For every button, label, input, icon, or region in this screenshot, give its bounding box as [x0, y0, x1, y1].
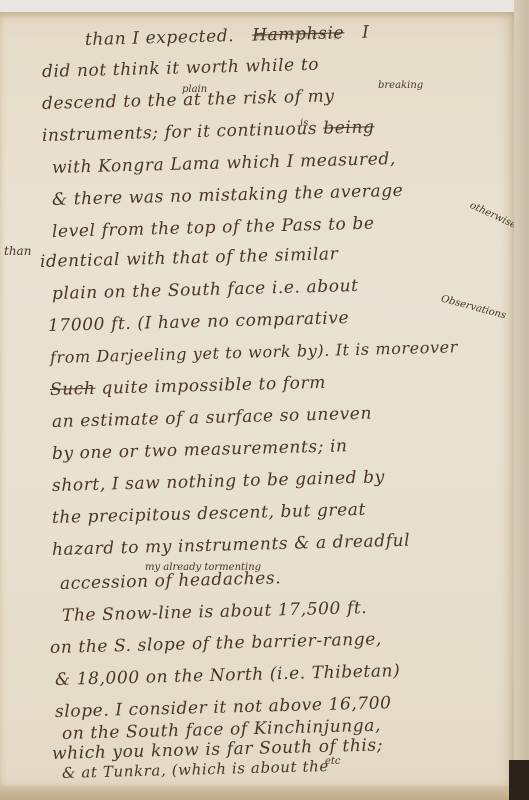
manuscript-line-10: 17000 ft. (I have no comparative [48, 308, 350, 336]
margin-observations: Observations [440, 294, 507, 322]
manuscript-line-1: than I expected. Hamphsie I [85, 23, 370, 50]
manuscript-line-21: & 18,000 on the North (i.e. Thibetan) [55, 661, 401, 690]
page-edge-bottom [0, 786, 529, 800]
book-binding [509, 760, 529, 800]
manuscript-line-2: did not think it worth while to [42, 55, 320, 82]
struck-word: Such [50, 379, 96, 400]
manuscript-line-17: hazard to my instruments & a dreadful [52, 531, 411, 560]
manuscript-line-20: on the S. slope of the barrier-range, [50, 629, 382, 658]
line-tail: I [362, 23, 370, 43]
manuscript-line-14: by one or two measurements; in [52, 436, 348, 464]
line-text: than I expected. [85, 26, 235, 50]
manuscript-line-8: identical with that of the similar [40, 244, 339, 272]
margin-otherwise: otherwise [468, 200, 518, 231]
manuscript-line-13: an estimate of a surface so uneven [52, 404, 373, 432]
insertion-breaking: breaking [378, 80, 423, 91]
manuscript-line-15: short, I saw nothing to be gained by [52, 467, 385, 496]
manuscript-line-19: The Snow-line is about 17,500 ft. [62, 598, 368, 626]
line-text: instruments; for it continuous [42, 119, 318, 146]
manuscript-line-9: plain on the South face i.e. about [52, 276, 359, 304]
manuscript-line-11: from Darjeeling yet to work by). It is m… [50, 337, 458, 367]
manuscript-line-6: & there was no mistaking the average [52, 181, 404, 210]
struck-word: Hamphsie [252, 23, 344, 45]
manuscript-line-12: Such quite impossible to form [50, 373, 326, 400]
manuscript-line-4: instruments; for it continuous being [42, 117, 375, 146]
line-text: quite impossible to form [101, 373, 326, 399]
manuscript-line-7: level from the top of the Pass to be [52, 214, 375, 242]
manuscript-page: Here supplied di.. than I expected. Hamp… [0, 12, 514, 787]
page-edge-right [514, 0, 529, 800]
struck-word: being [323, 117, 375, 138]
manuscript-line-16: the precipitous descent, but great [52, 500, 366, 528]
manuscript-line-5: with Kongra Lama which I measured, [52, 149, 396, 178]
manuscript-line-3: descend to the at the risk of my [42, 86, 335, 114]
margin-than: than [4, 244, 31, 258]
manuscript-line-18: accession of headaches. [60, 568, 282, 594]
line-text: level from the top of the Pass to be [52, 214, 375, 242]
